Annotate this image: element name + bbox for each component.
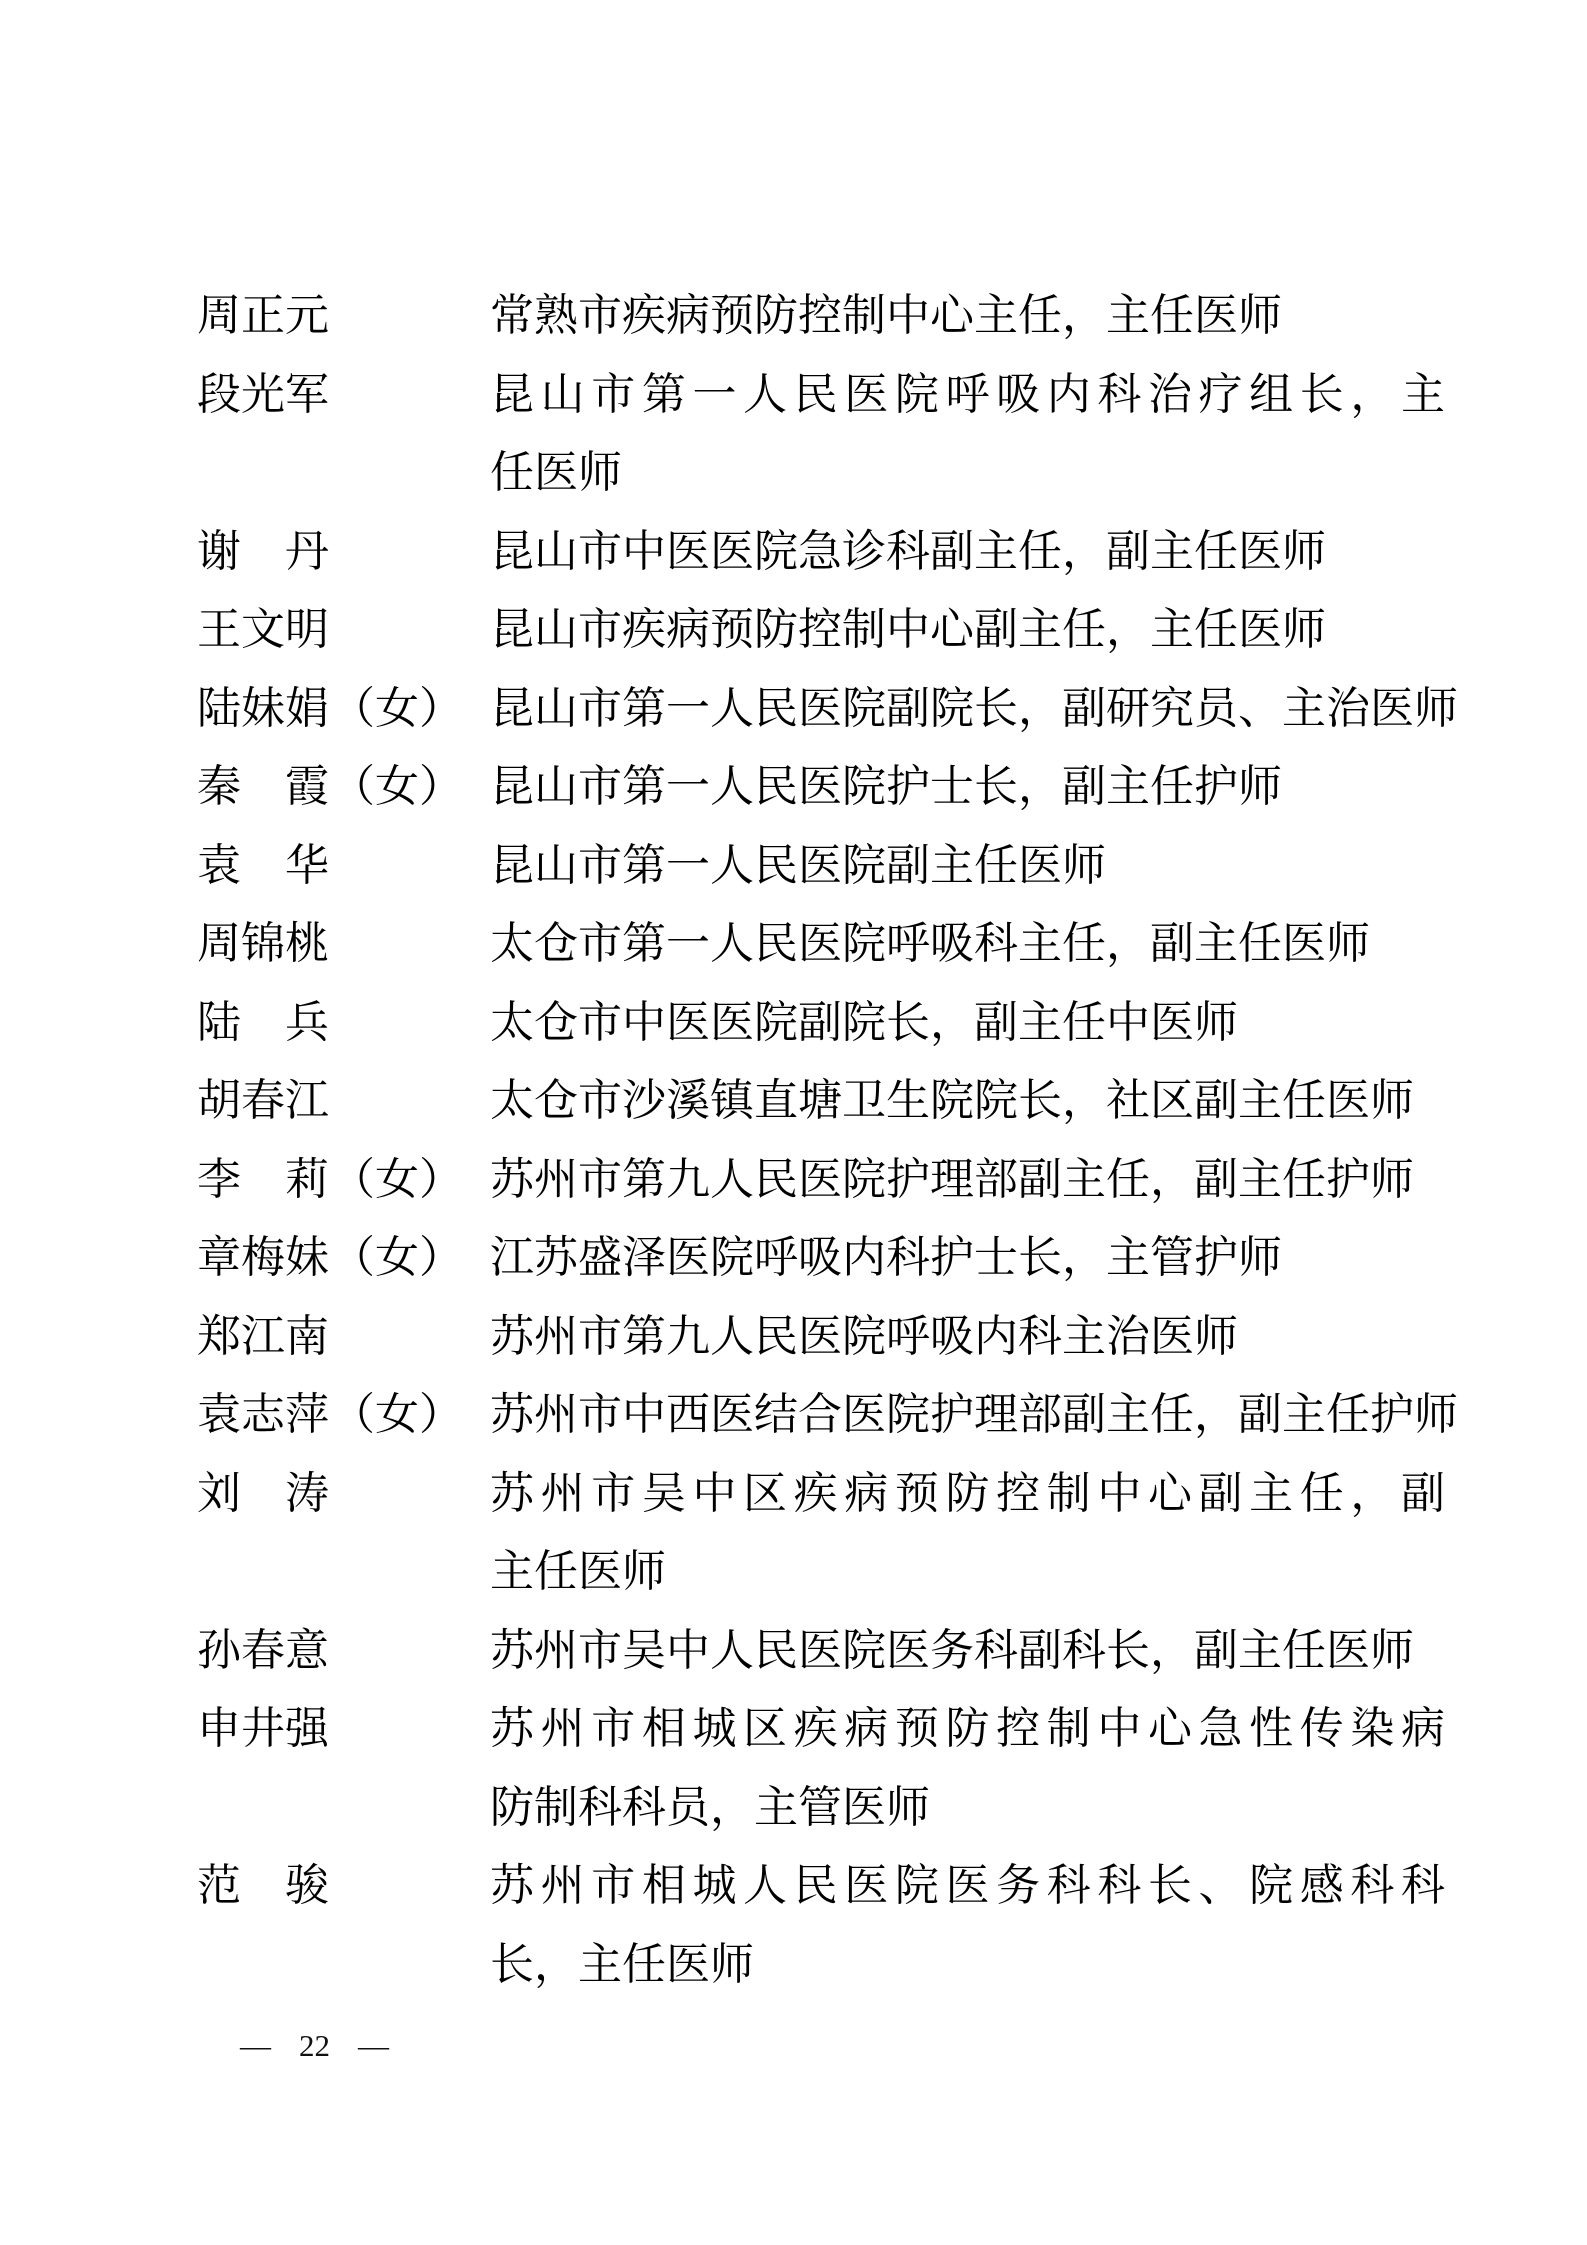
entry-continuation-row: 防制科科员，主管医师 [0, 1769, 1587, 1848]
person-name: 袁华 [197, 827, 329, 906]
entry-row: 周锦桃太仓市第一人民医院呼吸科主任，副主任医师 [0, 905, 1587, 984]
position-text: 苏州市吴中人民医院医务科副科长，副主任医师 [490, 1612, 1458, 1691]
footer-right-dash: — [358, 2026, 389, 2066]
entry-continuation-row: 任医师 [0, 434, 1587, 513]
person-name: 谢丹 [197, 513, 329, 592]
entry-row: 袁华昆山市第一人民医院副主任医师 [0, 827, 1587, 906]
person-name: 王文明 [197, 591, 329, 670]
position-text: 苏州市第九人民医院护理部副主任，副主任护师 [490, 1141, 1458, 1220]
position-text: 苏州市第九人民医院呼吸内科主治医师 [490, 1298, 1458, 1377]
person-name: 孙春意 [197, 1612, 329, 1691]
position-text: 苏州市相城人民医院医务科科长、院感科科 [490, 1847, 1445, 1926]
position-text: 常熟市疾病预防控制中心主任，主任医师 [490, 277, 1458, 356]
gender-note: （女） [331, 748, 463, 827]
position-text: 昆山市第一人民医院副主任医师 [490, 827, 1458, 906]
entry-continuation-row: 主任医师 [0, 1533, 1587, 1612]
entry-row: 秦霞（女）昆山市第一人民医院护士长，副主任护师 [0, 748, 1587, 827]
position-text: 主任医师 [490, 1533, 1458, 1612]
entry-row: 王文明昆山市疾病预防控制中心副主任，主任医师 [0, 591, 1587, 670]
page-footer: — 22 — [240, 2026, 389, 2066]
entry-row: 范骏苏州市相城人民医院医务科科长、院感科科 [0, 1847, 1587, 1926]
position-text: 昆山市第一人民医院护士长，副主任护师 [490, 748, 1458, 827]
entry-row: 李莉（女）苏州市第九人民医院护理部副主任，副主任护师 [0, 1141, 1587, 1220]
person-name: 周正元 [197, 277, 329, 356]
person-name: 胡春江 [197, 1062, 329, 1141]
gender-note: （女） [331, 1376, 463, 1455]
document-page: 周正元常熟市疾病预防控制中心主任，主任医师段光军昆山市第一人民医院呼吸内科治疗组… [0, 0, 1587, 2245]
person-name: 周锦桃 [197, 905, 329, 984]
person-name: 陆妹娟 [197, 670, 329, 749]
entry-row: 孙春意苏州市吴中人民医院医务科副科长，副主任医师 [0, 1612, 1587, 1691]
entry-row: 胡春江太仓市沙溪镇直塘卫生院院长，社区副主任医师 [0, 1062, 1587, 1141]
person-name: 范骏 [197, 1847, 329, 1926]
entry-row: 陆兵太仓市中医医院副院长，副主任中医师 [0, 984, 1587, 1063]
footer-left-dash: — [240, 2026, 271, 2066]
position-text: 太仓市中医医院副院长，副主任中医师 [490, 984, 1458, 1063]
position-text: 任医师 [490, 434, 1458, 513]
entry-continuation-row: 长，主任医师 [0, 1926, 1587, 2005]
entry-row: 郑江南苏州市第九人民医院呼吸内科主治医师 [0, 1298, 1587, 1377]
position-text: 江苏盛泽医院呼吸内科护士长，主管护师 [490, 1219, 1458, 1298]
position-text: 苏州市吴中区疾病预防控制中心副主任，副 [490, 1455, 1445, 1534]
gender-note: （女） [331, 670, 463, 749]
position-text: 昆山市第一人民医院副院长，副研究员、主治医师 [490, 670, 1458, 749]
person-name: 申井强 [197, 1690, 329, 1769]
position-text: 昆山市疾病预防控制中心副主任，主任医师 [490, 591, 1458, 670]
entry-row: 周正元常熟市疾病预防控制中心主任，主任医师 [0, 277, 1587, 356]
entry-row: 谢丹昆山市中医医院急诊科副主任，副主任医师 [0, 513, 1587, 592]
entry-row: 段光军昆山市第一人民医院呼吸内科治疗组长，主 [0, 356, 1587, 435]
position-text: 太仓市沙溪镇直塘卫生院院长，社区副主任医师 [490, 1062, 1458, 1141]
person-name: 李莉 [197, 1141, 329, 1220]
person-name: 陆兵 [197, 984, 329, 1063]
personnel-list: 周正元常熟市疾病预防控制中心主任，主任医师段光军昆山市第一人民医院呼吸内科治疗组… [0, 277, 1587, 2004]
position-text: 太仓市第一人民医院呼吸科主任，副主任医师 [490, 905, 1458, 984]
position-text: 苏州市中西医结合医院护理部副主任，副主任护师 [490, 1376, 1458, 1455]
position-text: 长，主任医师 [490, 1926, 1458, 2005]
entry-row: 袁志萍（女）苏州市中西医结合医院护理部副主任，副主任护师 [0, 1376, 1587, 1455]
gender-note: （女） [331, 1219, 463, 1298]
person-name: 刘涛 [197, 1455, 329, 1534]
entry-row: 章梅妹（女）江苏盛泽医院呼吸内科护士长，主管护师 [0, 1219, 1587, 1298]
person-name: 章梅妹 [197, 1219, 329, 1298]
person-name: 郑江南 [197, 1298, 329, 1377]
page-number: 22 [299, 2026, 330, 2066]
person-name: 段光军 [197, 356, 329, 435]
person-name: 秦霞 [197, 748, 329, 827]
position-text: 防制科科员，主管医师 [490, 1769, 1458, 1848]
gender-note: （女） [331, 1141, 463, 1220]
entry-row: 刘涛苏州市吴中区疾病预防控制中心副主任，副 [0, 1455, 1587, 1534]
entry-row: 陆妹娟（女）昆山市第一人民医院副院长，副研究员、主治医师 [0, 670, 1587, 749]
position-text: 苏州市相城区疾病预防控制中心急性传染病 [490, 1690, 1445, 1769]
entry-row: 申井强苏州市相城区疾病预防控制中心急性传染病 [0, 1690, 1587, 1769]
position-text: 昆山市第一人民医院呼吸内科治疗组长，主 [490, 356, 1445, 435]
position-text: 昆山市中医医院急诊科副主任，副主任医师 [490, 513, 1458, 592]
person-name: 袁志萍 [197, 1376, 329, 1455]
